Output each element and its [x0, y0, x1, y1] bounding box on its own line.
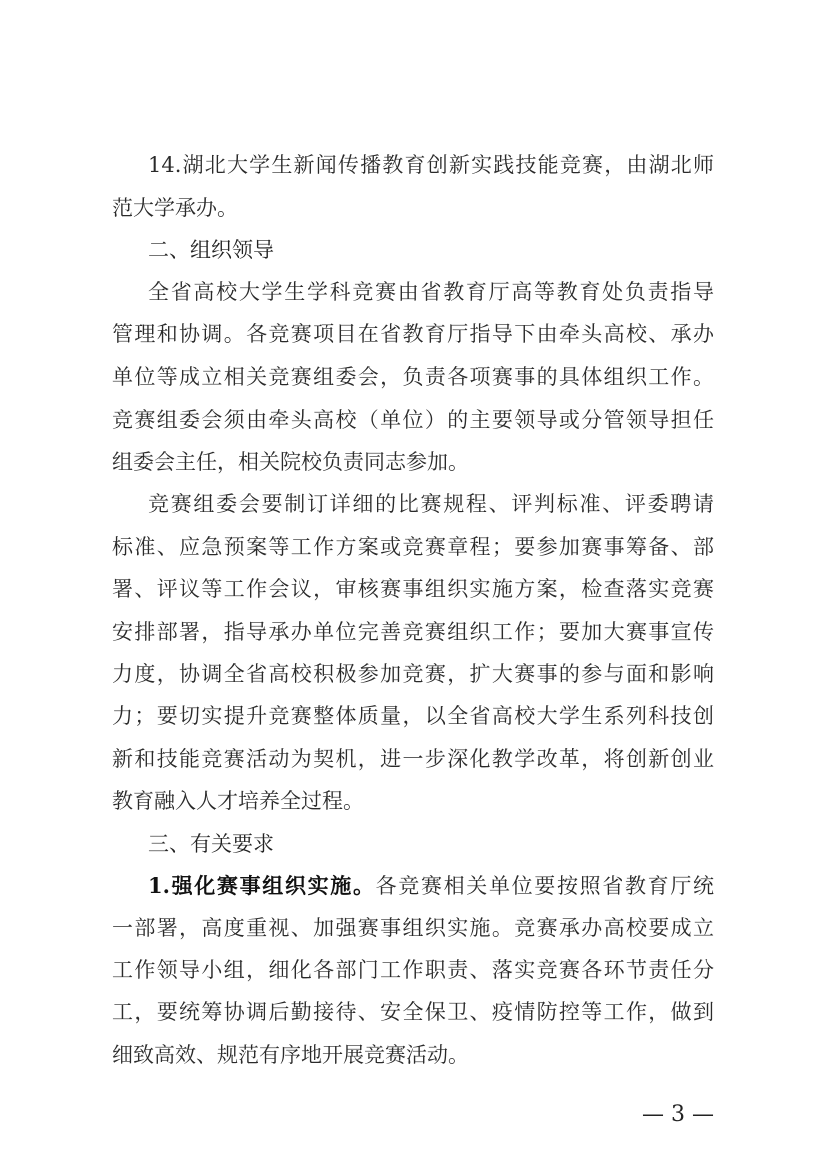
- paragraph-line: 竞赛组委会须由牵头高校（单位）的主要领导或分管领导担任: [112, 405, 714, 435]
- paragraph-line: 教育融入人才培养全过程。: [112, 786, 714, 816]
- paragraph-line: 全省高校大学生学科竞赛由省教育厅高等教育处负责指导: [148, 277, 714, 307]
- page-number: — 3 —: [642, 1100, 714, 1130]
- paragraph-line: 细致高效、规范有序地开展竞赛活动。: [112, 1040, 714, 1070]
- paragraph-line: 管理和协调。各竞赛项目在省教育厅指导下由牵头高校、承办: [112, 319, 714, 349]
- paragraph-line: 竞赛组委会要制订详细的比赛规程、评判标准、评委聘请: [148, 489, 714, 519]
- paragraph-line: 标准、应急预案等工作方案或竞赛章程；要参加赛事筹备、部: [112, 532, 714, 562]
- paragraph-line: 力度，协调全省高校积极参加竞赛，扩大赛事的参与面和影响: [112, 659, 714, 689]
- paragraph-line: 工，要统筹协调后勤接待、安全保卫、疫情防控等工作，做到: [112, 997, 714, 1027]
- paragraph-line: 力；要切实提升竞赛整体质量，以全省高校大学生系列科技创: [112, 701, 714, 731]
- paragraph-line: 新和技能竞赛活动为契机，进一步深化教学改革，将创新创业: [112, 744, 714, 774]
- paragraph-line: 安排部署，指导承办单位完善竞赛组织工作；要加大赛事宣传: [112, 617, 714, 647]
- item14-line-1: 14.湖北大学生新闻传播教育创新实践技能竞赛，由湖北师: [148, 150, 714, 180]
- item14-line-2: 范大学承办。: [112, 193, 714, 223]
- requirement-1-text: 各竞赛相关单位要按照省教育厅统: [376, 874, 714, 898]
- paragraph-line: 工作领导小组，细化各部门工作职责、落实竞赛各环节责任分: [112, 955, 714, 985]
- document-page: 14.湖北大学生新闻传播教育创新实践技能竞赛，由湖北师 范大学承办。 二、组织领…: [0, 0, 831, 1175]
- section-heading-organization: 二、组织领导: [148, 235, 274, 265]
- paragraph-line: 单位等成立相关竞赛组委会，负责各项赛事的具体组织工作。: [112, 362, 714, 392]
- section-heading-requirements: 三、有关要求: [148, 829, 274, 859]
- paragraph-line: 组委会主任，相关院校负责同志参加。: [112, 447, 714, 477]
- paragraph-line: 一部署，高度重视、加强赛事组织实施。竞赛承办高校要成立: [112, 913, 714, 943]
- requirement-1-title: 1.强化赛事组织实施。: [148, 873, 376, 898]
- requirement-1-first-line: 1.强化赛事组织实施。各竞赛相关单位要按照省教育厅统: [148, 871, 714, 901]
- paragraph-line: 署、评议等工作会议，审核赛事组织实施方案，检查落实竞赛: [112, 574, 714, 604]
